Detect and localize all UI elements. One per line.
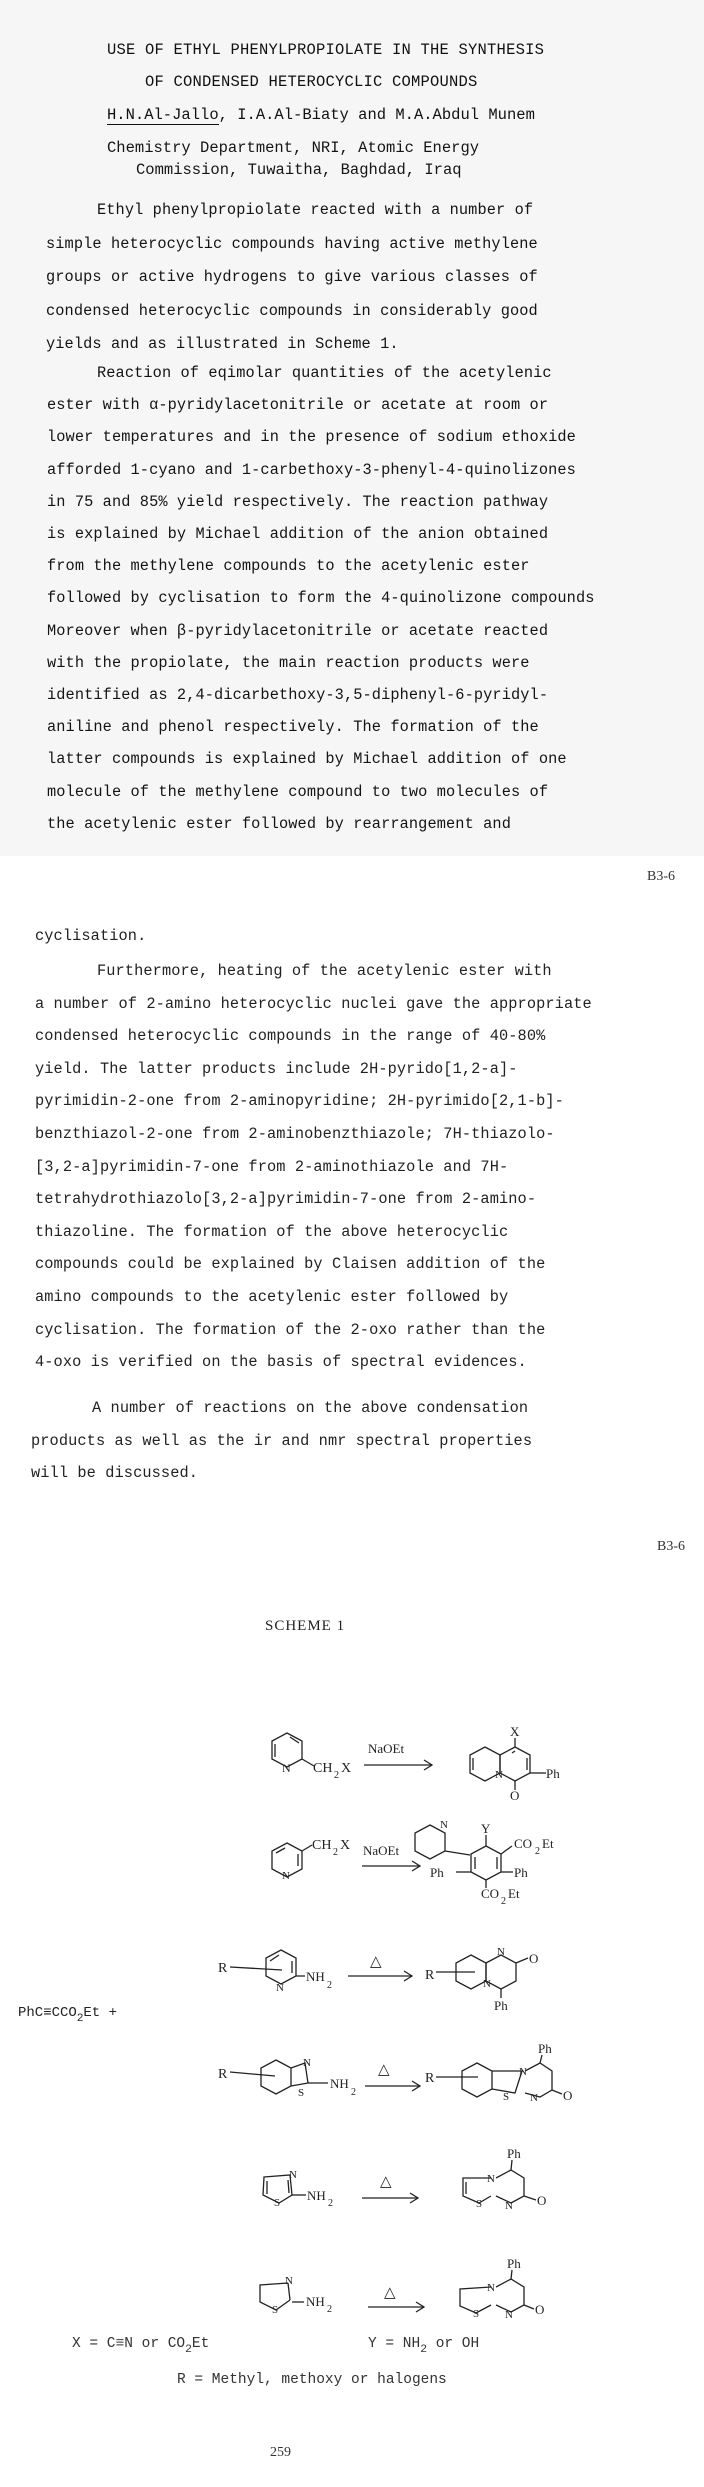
- legend-y-definition: Y = NH2 or OH: [368, 2336, 479, 2356]
- svg-text:N: N: [505, 2200, 513, 2212]
- svg-text:S: S: [298, 2087, 304, 2099]
- svg-text:Y: Y: [481, 1821, 491, 1836]
- svg-text:O: O: [535, 2302, 544, 2317]
- svg-text:2: 2: [328, 2198, 333, 2209]
- svg-text:△: △: [380, 2174, 392, 2190]
- svg-text:S: S: [503, 2091, 509, 2103]
- svg-text:Ph: Ph: [538, 2041, 552, 2056]
- svg-text:N: N: [530, 2092, 538, 2104]
- reaction-3: R N NH2 △ R N N O Ph: [218, 1946, 538, 2013]
- svg-text:R: R: [425, 1968, 435, 1983]
- svg-text:O: O: [529, 1951, 538, 1966]
- svg-text:Ph: Ph: [546, 1766, 560, 1781]
- legend-x-definition: X = C≡N or CO2Et: [72, 2336, 209, 2356]
- svg-text:X: X: [341, 1761, 351, 1776]
- scheme-structures: N CH2X NaOEt X Ph O N N CH2X NaOEt N Y: [0, 0, 704, 2487]
- reaction-2: N CH2X NaOEt N Y CO2Et Ph Ph CO2Et: [272, 1819, 554, 1907]
- legend-r-definition: R = Methyl, methoxy or halogens: [177, 2372, 447, 2388]
- svg-text:O: O: [563, 2088, 572, 2103]
- svg-text:NH: NH: [307, 2188, 326, 2203]
- svg-text:2: 2: [334, 1770, 339, 1781]
- svg-text:N: N: [497, 1946, 505, 1958]
- svg-text:NH: NH: [330, 2076, 349, 2091]
- svg-text:N: N: [282, 1761, 291, 1775]
- svg-text:2: 2: [327, 2304, 332, 2315]
- svg-text:N: N: [483, 1978, 491, 1990]
- svg-text:O: O: [510, 1788, 519, 1803]
- svg-text:Ph: Ph: [514, 1865, 528, 1880]
- svg-text:X: X: [340, 1838, 350, 1853]
- svg-text:NaOEt: NaOEt: [363, 1843, 399, 1858]
- svg-text:N: N: [505, 2309, 513, 2321]
- svg-text:N: N: [285, 2275, 293, 2287]
- svg-text:CH: CH: [312, 1838, 331, 1853]
- svg-text:N: N: [289, 2169, 297, 2181]
- svg-text:△: △: [378, 2062, 390, 2078]
- reaction-5: N S NH2 △ S N N Ph O: [263, 2146, 546, 2212]
- svg-text:S: S: [473, 2308, 479, 2320]
- page-number: 259: [270, 2445, 291, 2461]
- svg-text:O: O: [537, 2193, 546, 2208]
- svg-text:R: R: [218, 2067, 228, 2082]
- svg-text:S: S: [272, 2304, 278, 2316]
- svg-text:2: 2: [501, 1896, 506, 1907]
- svg-text:2: 2: [327, 1980, 332, 1991]
- svg-text:NaOEt: NaOEt: [368, 1741, 404, 1756]
- reaction-4: R N S NH2 △ R S N N Ph O: [218, 2041, 572, 2104]
- svg-text:Ph: Ph: [430, 1865, 444, 1880]
- svg-text:Et: Et: [542, 1836, 554, 1851]
- svg-text:Ph: Ph: [507, 2146, 521, 2161]
- svg-text:N: N: [487, 2282, 495, 2294]
- svg-text:Ph: Ph: [494, 1998, 508, 2013]
- svg-text:N: N: [495, 1769, 503, 1781]
- svg-text:2: 2: [333, 1847, 338, 1858]
- reaction-6: N S NH2 △ S N N Ph O: [260, 2256, 544, 2321]
- svg-text:Ph: Ph: [507, 2256, 521, 2271]
- svg-text:X: X: [510, 1724, 520, 1739]
- svg-text:S: S: [476, 2198, 482, 2210]
- svg-text:NH: NH: [306, 2294, 325, 2309]
- svg-text:2: 2: [351, 2087, 356, 2098]
- svg-text:CO: CO: [481, 1886, 499, 1901]
- svg-text:CH: CH: [313, 1761, 332, 1776]
- reaction-1: N CH2X NaOEt X Ph O N: [272, 1724, 560, 1803]
- svg-text:Et: Et: [508, 1886, 520, 1901]
- svg-text:S: S: [274, 2197, 280, 2209]
- svg-text:N: N: [303, 2057, 311, 2069]
- svg-text:N: N: [276, 1982, 284, 1994]
- svg-text:R: R: [425, 2071, 435, 2086]
- svg-text:△: △: [384, 2285, 396, 2301]
- svg-text:N: N: [440, 1819, 448, 1831]
- svg-text:N: N: [519, 2066, 527, 2078]
- svg-text:△: △: [370, 1954, 382, 1970]
- svg-text:CO: CO: [514, 1836, 532, 1851]
- svg-text:2: 2: [535, 1846, 540, 1857]
- svg-text:NH: NH: [306, 1969, 325, 1984]
- svg-text:N: N: [487, 2173, 495, 2185]
- svg-text:N: N: [282, 1870, 290, 1882]
- svg-text:R: R: [218, 1961, 228, 1976]
